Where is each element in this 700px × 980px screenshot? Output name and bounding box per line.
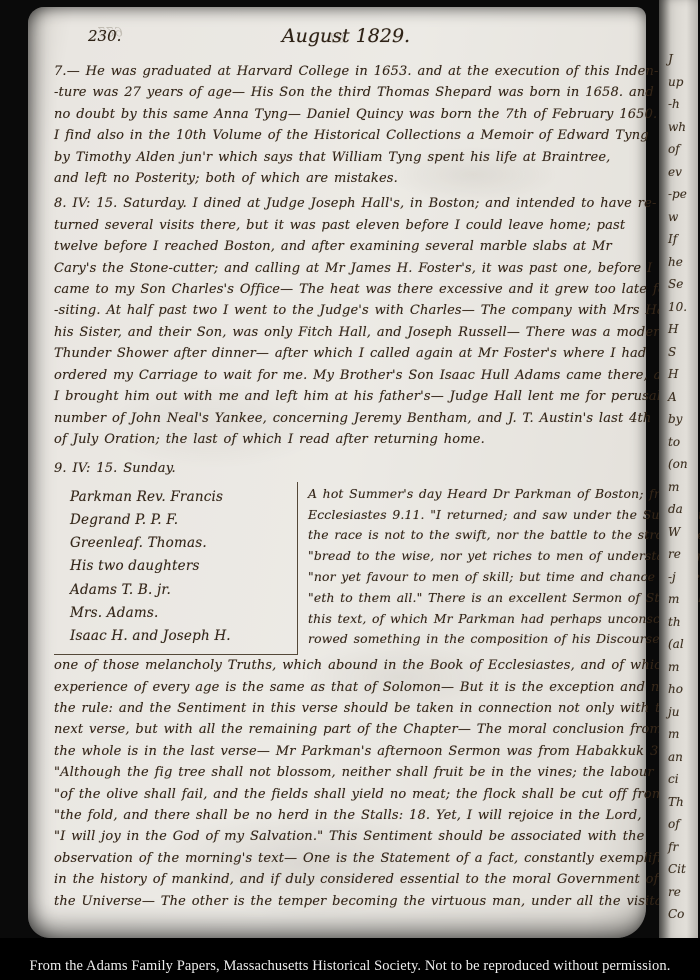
- manuscript-line: the Universe— The other is the temper be…: [54, 891, 638, 912]
- page-header: 230. August 1829.: [54, 25, 638, 61]
- page-number: 230.: [88, 27, 121, 45]
- manuscript-line: number of John Neal's Yankee, concerning…: [54, 408, 638, 429]
- diary-entry-august-9: 9. IV: 15. Sunday. Parkman Rev. FrancisD…: [54, 458, 638, 912]
- text-fragment: Cit: [668, 858, 698, 881]
- text-fragment: -h: [668, 93, 698, 116]
- manuscript-line: the rule: and the Sentiment in this vers…: [54, 698, 638, 719]
- manuscript-page: 229 18 230. August 1829. 7.— He was grad…: [28, 7, 646, 938]
- manuscript-line: "eth to them all." There is an excellent…: [308, 588, 700, 609]
- manuscript-line: no doubt by this same Anna Tyng— Daniel …: [54, 104, 638, 125]
- text-fragment: Se: [668, 273, 698, 296]
- text-fragment: up: [668, 71, 698, 94]
- text-fragment: m: [668, 656, 698, 679]
- text-fragment: ci: [668, 768, 698, 791]
- manuscript-line: ordered my Carriage to wait for me. My B…: [54, 365, 638, 386]
- page-title: August 1829.: [282, 25, 410, 47]
- text-fragment: ev: [668, 161, 698, 184]
- text-fragment: da: [668, 498, 698, 521]
- text-fragment: of: [668, 813, 698, 836]
- manuscript-line: "nor yet favour to men of skill; but tim…: [308, 567, 700, 588]
- text-fragment: m: [668, 723, 698, 746]
- manuscript-line: 8. IV: 15. Saturday. I dined at Judge Jo…: [54, 193, 638, 214]
- text-fragment: (al: [668, 633, 698, 656]
- diary-entry-august-8: 8. IV: 15. Saturday. I dined at Judge Jo…: [54, 193, 638, 450]
- manuscript-line: "the fold, and there shall be no herd in…: [54, 805, 638, 826]
- attendee-name: Parkman Rev. Francis: [70, 486, 297, 509]
- text-fragment: wh: [668, 116, 698, 139]
- manuscript-line: in the history of mankind, and if duly c…: [54, 869, 638, 890]
- manuscript-line: by Timothy Alden jun'r which says that W…: [54, 147, 638, 168]
- manuscript-line: came to my Son Charles's Office— The hea…: [54, 279, 638, 300]
- text-fragment: ho: [668, 678, 698, 701]
- text-fragment: w: [668, 206, 698, 229]
- attendee-name: His two daughters: [70, 555, 297, 578]
- facing-page-edge: Jup-hwhofev-pewIfheSe10.HSHAbyto(onmdaWr…: [659, 0, 698, 942]
- text-fragment: an: [668, 746, 698, 769]
- manuscript-line: A hot Summer's day Heard Dr Parkman of B…: [308, 484, 700, 505]
- manuscript-line: I brought him out with me and left him a…: [54, 386, 638, 407]
- entry-two-column-section: Parkman Rev. FrancisDegrand P. P. F.Gree…: [54, 482, 638, 655]
- text-fragment: re: [668, 543, 698, 566]
- text-fragment: -pe: [668, 183, 698, 206]
- manuscript-line: -siting. At half past two I went to the …: [54, 300, 638, 321]
- text-fragment: A: [668, 386, 698, 409]
- text-fragment: he: [668, 251, 698, 274]
- manuscript-line: rowed something in the composition of hi…: [308, 629, 700, 650]
- text-fragment: J: [668, 48, 698, 71]
- archive-caption-bar: From the Adams Family Papers, Massachuse…: [0, 938, 700, 980]
- manuscript-line: of July Oration; the last of which I rea…: [54, 429, 638, 450]
- manuscript-line: "I will joy in the God of my Salvation."…: [54, 826, 638, 847]
- entry-body-text: one of those melancholy Truths, which ab…: [54, 655, 638, 912]
- attendee-name: Degrand P. P. F.: [70, 509, 297, 532]
- manuscript-line: 7.— He was graduated at Harvard College …: [54, 61, 638, 82]
- manuscript-line: turned several visits there, but it was …: [54, 215, 638, 236]
- manuscript-line: his Sister, and their Son, was only Fitc…: [54, 322, 638, 343]
- entry-dateline: 9. IV: 15. Sunday.: [54, 458, 638, 479]
- manuscript-line: I find also in the 10th Volume of the Hi…: [54, 125, 638, 146]
- attendee-name: Mrs. Adams.: [70, 602, 297, 625]
- attendee-name: Isaac H. and Joseph H.: [70, 625, 297, 648]
- manuscript-line: the whole is in the last verse— Mr Parkm…: [54, 741, 638, 762]
- text-fragment: m: [668, 588, 698, 611]
- manuscript-line: Ecclesiastes 9.11. "I returned; and saw …: [308, 505, 700, 526]
- manuscript-line: the race is not to the swift, nor the ba…: [308, 525, 700, 546]
- manuscript-line: -ture was 27 years of age— His Son the t…: [54, 82, 638, 103]
- text-fragment: re: [668, 881, 698, 904]
- scanned-manuscript: 229 18 230. August 1829. 7.— He was grad…: [0, 0, 700, 980]
- text-fragment: H: [668, 318, 698, 341]
- manuscript-line: and left no Posterity; both of which are…: [54, 168, 638, 189]
- manuscript-line: Cary's the Stone-cutter; and calling at …: [54, 258, 638, 279]
- manuscript-line: next verse, but with all the remaining p…: [54, 719, 638, 740]
- attendee-name: Adams T. B. jr.: [70, 579, 297, 602]
- manuscript-line: experience of every age is the same as t…: [54, 677, 638, 698]
- manuscript-line: Thunder Shower after dinner— after which…: [54, 343, 638, 364]
- archive-credit-text: From the Adams Family Papers, Massachuse…: [30, 958, 671, 975]
- manuscript-line: observation of the morning's text— One i…: [54, 848, 638, 869]
- manuscript-line: "Although the fig tree shall not blossom…: [54, 762, 638, 783]
- manuscript-line: this text, of which Mr Parkman had perha…: [308, 609, 700, 630]
- text-fragment: m: [668, 476, 698, 499]
- text-fragment: by: [668, 408, 698, 431]
- text-fragment: of: [668, 138, 698, 161]
- text-fragment: 10.: [668, 296, 698, 319]
- text-fragment: If: [668, 228, 698, 251]
- text-fragment: H: [668, 363, 698, 386]
- text-fragment: to: [668, 431, 698, 454]
- text-fragment: -j: [668, 566, 698, 589]
- manuscript-line: "bread to the wise, nor yet riches to me…: [308, 546, 700, 567]
- text-fragment: W: [668, 521, 698, 544]
- manuscript-line: one of those melancholy Truths, which ab…: [54, 655, 638, 676]
- entry-column-text: A hot Summer's day Heard Dr Parkman of B…: [298, 482, 700, 655]
- text-fragment: fr: [668, 836, 698, 859]
- text-fragment: Th: [668, 791, 698, 814]
- text-fragment: ju: [668, 701, 698, 724]
- text-fragment: S: [668, 341, 698, 364]
- manuscript-line: "of the olive shall fail, and the fields…: [54, 784, 638, 805]
- manuscript-line: twelve before I reached Boston, and afte…: [54, 236, 638, 257]
- text-fragment: Co: [668, 903, 698, 926]
- attendee-name: Greenleaf. Thomas.: [70, 532, 297, 555]
- diary-entry-august-7: 7.— He was graduated at Harvard College …: [54, 61, 638, 189]
- text-fragment: th: [668, 611, 698, 634]
- text-fragment: (on: [668, 453, 698, 476]
- church-attendees-list: Parkman Rev. FrancisDegrand P. P. F.Gree…: [54, 482, 298, 655]
